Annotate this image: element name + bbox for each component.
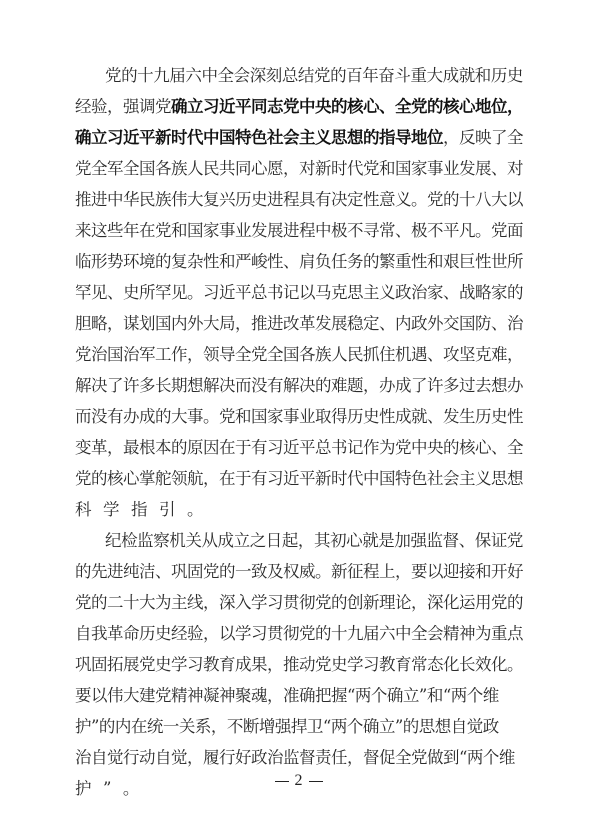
text-line: 党全军全国各族人民共同心愿，对新时代党和国家事业发展、对 (75, 153, 523, 184)
text-span: 治自觉行动自觉，履行好政治监督责任，督促全党做到“两个维 (75, 748, 515, 767)
text-span: 科学指引。 (75, 500, 215, 519)
text-line: 推进中华民族伟大复兴历史进程具有决定性意义。党的十八大以 (75, 184, 523, 215)
text-span: 巩固拓展党史学习教育成果，推动党史学习教育常态化长效化。 (75, 655, 523, 674)
text-span: 党的核心掌舵领航，在于有习近平新时代中国特色社会主义思想 (75, 469, 523, 488)
document-body: 党的十九届六中全会深刻总结党的百年奋斗重大成就和历史经验，强调党确立习近平同志党… (75, 60, 523, 804)
text-span: 临形势环境的复杂性和严峻性、肩负任务的繁重性和艰巨性世所 (75, 252, 523, 271)
document-page: 党的十九届六中全会深刻总结党的百年奋斗重大成就和历史经验，强调党确立习近平同志党… (0, 0, 597, 837)
paragraph: 纪检监察机关从成立之日起，其初心就是加强监督、保证党的先进纯洁、巩固党的一致及权… (75, 525, 523, 804)
page-number: 2 (295, 772, 303, 789)
text-line: 变革，最根本的原因在于有习近平总书记作为党中央的核心、全 (75, 432, 523, 463)
text-line: 党治国治军工作，领导全党全国各族人民抓住机遇、攻坚克难， (75, 339, 523, 370)
text-span: ，反映了全 (443, 128, 523, 147)
text-span: 解决了许多长期想解决而没有解决的难题，办成了许多过去想办 (75, 376, 523, 395)
text-span: 要以伟大建党精神凝神聚魂，准确把握“两个确立”和“两个维 (75, 686, 499, 705)
text-line: 而没有办成的大事。党和国家事业取得历史性成就、发生历史性 (75, 401, 523, 432)
footer-dash-left (275, 781, 289, 782)
text-span: 党治国治军工作，领导全党全国各族人民抓住机遇、攻坚克难， (75, 345, 523, 364)
text-line: 来这些年在党和国家事业发展进程中极不寻常、极不平凡。党面 (75, 215, 523, 246)
text-span: 经验，强调党 (75, 97, 171, 116)
text-line: 护”的内在统一关系，不断增强捍卫“两个确立”的思想自觉政 (75, 711, 523, 742)
text-line: 要以伟大建党精神凝神聚魂，准确把握“两个确立”和“两个维 (75, 680, 523, 711)
text-span: 推进中华民族伟大复兴历史进程具有决定性意义。党的十八大以 (75, 190, 523, 209)
text-span: 纪检监察机关从成立之日起，其初心就是加强监督、保证党 (105, 531, 523, 550)
text-line: 党的核心掌舵领航，在于有习近平新时代中国特色社会主义思想 (75, 463, 523, 494)
text-line: 自我革命历史经验，以学习贯彻党的十九届六中全会精神为重点 (75, 618, 523, 649)
text-span: 党的二十大为主线，深入学习贯彻党的创新理论，深化运用党的 (75, 593, 523, 612)
page-footer: 2 (0, 772, 597, 790)
text-line: 胆略，谋划国内外大局，推进改革发展稳定、内政外交国防、治 (75, 308, 523, 339)
paragraph: 党的十九届六中全会深刻总结党的百年奋斗重大成就和历史经验，强调党确立习近平同志党… (75, 60, 523, 525)
bold-text-span: 确立习近平同志党中央的核心、全党的核心地位， (171, 97, 523, 116)
text-line: 党的十九届六中全会深刻总结党的百年奋斗重大成就和历史 (75, 60, 523, 91)
footer-dash-right (309, 781, 323, 782)
text-line: 党的二十大为主线，深入学习贯彻党的创新理论，深化运用党的 (75, 587, 523, 618)
text-span: 胆略，谋划国内外大局，推进改革发展稳定、内政外交国防、治 (75, 314, 523, 333)
text-span: 的先进纯洁、巩固党的一致及权威。新征程上，要以迎接和开好 (75, 562, 523, 581)
text-span: 自我革命历史经验，以学习贯彻党的十九届六中全会精神为重点 (75, 624, 523, 643)
text-line: 巩固拓展党史学习教育成果，推动党史学习教育常态化长效化。 (75, 649, 523, 680)
text-line: 临形势环境的复杂性和严峻性、肩负任务的繁重性和艰巨性世所 (75, 246, 523, 277)
text-line: 经验，强调党确立习近平同志党中央的核心、全党的核心地位， (75, 91, 523, 122)
text-line: 确立习近平新时代中国特色社会主义思想的指导地位，反映了全 (75, 122, 523, 153)
text-line: 纪检监察机关从成立之日起，其初心就是加强监督、保证党 (75, 525, 523, 556)
text-line: 解决了许多长期想解决而没有解决的难题，办成了许多过去想办 (75, 370, 523, 401)
text-span: 而没有办成的大事。党和国家事业取得历史性成就、发生历史性 (75, 407, 523, 426)
text-span: 护”的内在统一关系，不断增强捍卫“两个确立”的思想自觉政 (75, 717, 499, 736)
bold-text-span: 确立习近平新时代中国特色社会主义思想的指导地位 (75, 128, 443, 147)
text-line: 的先进纯洁、巩固党的一致及权威。新征程上，要以迎接和开好 (75, 556, 523, 587)
text-span: 党全军全国各族人民共同心愿，对新时代党和国家事业发展、对 (75, 159, 523, 178)
text-span: 来这些年在党和国家事业发展进程中极不寻常、极不平凡。党面 (75, 221, 523, 240)
text-line: 治自觉行动自觉，履行好政治监督责任，督促全党做到“两个维 (75, 742, 523, 773)
text-line: 罕见、史所罕见。习近平总书记以马克思主义政治家、战略家的 (75, 277, 523, 308)
text-span: 党的十九届六中全会深刻总结党的百年奋斗重大成就和历史 (105, 66, 523, 85)
text-line: 科学指引。 (75, 494, 523, 525)
text-span: 变革，最根本的原因在于有习近平总书记作为党中央的核心、全 (75, 438, 523, 457)
text-span: 罕见、史所罕见。习近平总书记以马克思主义政治家、战略家的 (75, 283, 523, 302)
